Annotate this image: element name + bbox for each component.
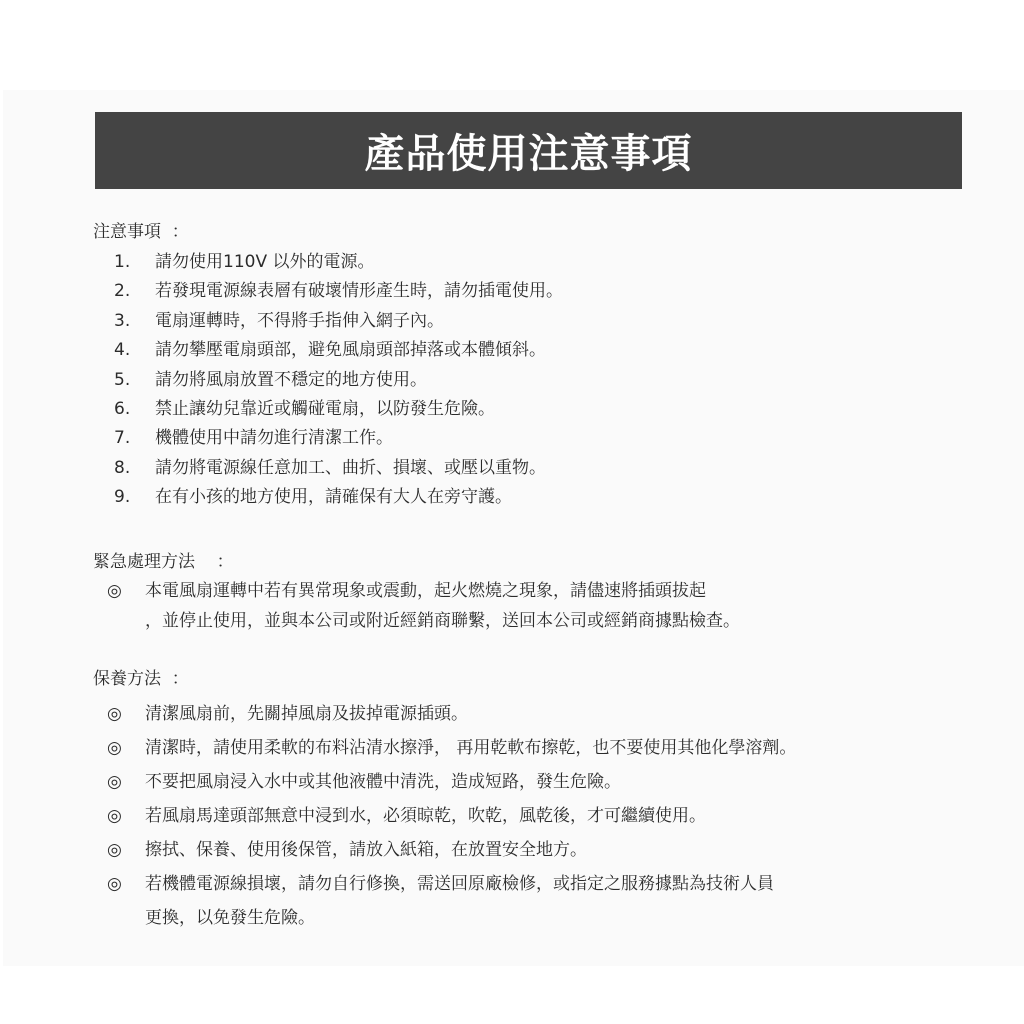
maintenance-section: 保養方法 ： ◎ 清潔風扇前，先關掉風扇及拔掉電源插頭。 ◎ 清潔時，請使用柔軟… — [93, 665, 965, 935]
list-item: 9. 在有小孩的地方使用，請確保有大人在旁守護。 — [93, 483, 563, 512]
item-text: 禁止讓幼兒靠近或觸碰電扇，以防發生危險。 — [155, 395, 495, 424]
list-item: 2. 若發現電源線表層有破壞情形產生時，請勿插電使用。 — [93, 277, 563, 306]
item-text: 擦拭、保養、使用後保管，請放入紙箱，在放置安全地方。 — [145, 833, 965, 867]
bullseye-icon: ◎ — [93, 765, 145, 799]
item-text: 清潔時，請使用柔軟的布料沾清水擦淨， 再用乾軟布擦乾，也不要使用其他化學溶劑。 — [145, 731, 965, 765]
list-item: ◎ 若機體電源線損壞，請勿自行修換，需送回原廠檢修，或指定之服務據點為技術人員 … — [93, 867, 965, 935]
item-text: 若風扇馬達頭部無意中浸到水，必須晾乾，吹乾，風乾後，才可繼續使用。 — [145, 799, 965, 833]
item-text: 本電風扇運轉中若有異常現象或震動，起火燃燒之現象，請儘速將插頭拔起 ，並停止使用… — [145, 576, 965, 636]
list-item: ◎ 清潔時，請使用柔軟的布料沾清水擦淨， 再用乾軟布擦乾，也不要使用其他化學溶劑… — [93, 731, 965, 765]
list-item: 8. 請勿將電源線任意加工、曲折、損壞、或壓以重物。 — [93, 454, 563, 483]
item-number: 9. — [93, 483, 155, 512]
item-text: 請勿將電源線任意加工、曲折、損壞、或壓以重物。 — [155, 454, 546, 483]
page-title: 產品使用注意事項 — [365, 122, 693, 179]
maintenance-heading: 保養方法 ： — [93, 665, 965, 693]
item-number: 1. — [93, 248, 155, 277]
list-item: 3. 電扇運轉時，不得將手指伸入網子內。 — [93, 307, 563, 336]
item-text: 若機體電源線損壞，請勿自行修換，需送回原廠檢修，或指定之服務據點為技術人員 更換… — [145, 867, 965, 935]
bullseye-icon: ◎ — [93, 697, 145, 731]
item-number: 5. — [93, 366, 155, 395]
bullseye-icon: ◎ — [93, 576, 145, 636]
item-text: 在有小孩的地方使用，請確保有大人在旁守護。 — [155, 483, 512, 512]
notes-section: 注意事項 ： 1. 請勿使用110V 以外的電源。 2. 若發現電源線表層有破壞… — [93, 218, 563, 513]
list-item: ◎ 本電風扇運轉中若有異常現象或震動，起火燃燒之現象，請儘速將插頭拔起 ，並停止… — [93, 576, 965, 636]
bullseye-icon: ◎ — [93, 731, 145, 765]
bullseye-icon: ◎ — [93, 833, 145, 867]
bullseye-icon: ◎ — [93, 867, 145, 935]
list-item: ◎ 擦拭、保養、使用後保管，請放入紙箱，在放置安全地方。 — [93, 833, 965, 867]
list-item: ◎ 若風扇馬達頭部無意中浸到水，必須晾乾，吹乾，風乾後，才可繼續使用。 — [93, 799, 965, 833]
item-number: 6. — [93, 395, 155, 424]
item-text: 電扇運轉時，不得將手指伸入網子內。 — [155, 307, 444, 336]
item-text: 清潔風扇前，先關掉風扇及拔掉電源插頭。 — [145, 697, 965, 731]
item-number: 3. — [93, 307, 155, 336]
list-item: ◎ 不要把風扇浸入水中或其他液體中清洗，造成短路，發生危險。 — [93, 765, 965, 799]
item-number: 4. — [93, 336, 155, 365]
maintenance-list: ◎ 清潔風扇前，先關掉風扇及拔掉電源插頭。 ◎ 清潔時，請使用柔軟的布料沾清水擦… — [93, 697, 965, 935]
item-number: 7. — [93, 424, 155, 453]
emergency-heading: 緊急處理方法 ： — [93, 548, 965, 576]
item-text: 不要把風扇浸入水中或其他液體中清洗，造成短路，發生危險。 — [145, 765, 965, 799]
notes-heading: 注意事項 ： — [93, 218, 563, 246]
item-number: 2. — [93, 277, 155, 306]
list-item: 1. 請勿使用110V 以外的電源。 — [93, 248, 563, 277]
item-text: 請勿將風扇放置不穩定的地方使用。 — [155, 366, 427, 395]
emergency-list: ◎ 本電風扇運轉中若有異常現象或震動，起火燃燒之現象，請儘速將插頭拔起 ，並停止… — [93, 576, 965, 636]
item-text: 機體使用中請勿進行清潔工作。 — [155, 424, 393, 453]
list-item: 5. 請勿將風扇放置不穩定的地方使用。 — [93, 366, 563, 395]
item-text: 若發現電源線表層有破壞情形產生時，請勿插電使用。 — [155, 277, 563, 306]
item-number: 8. — [93, 454, 155, 483]
list-item: 7. 機體使用中請勿進行清潔工作。 — [93, 424, 563, 453]
item-text: 請勿使用110V 以外的電源。 — [155, 248, 374, 277]
list-item: 4. 請勿攀壓電扇頭部，避免風扇頭部掉落或本體傾斜。 — [93, 336, 563, 365]
item-text: 請勿攀壓電扇頭部，避免風扇頭部掉落或本體傾斜。 — [155, 336, 546, 365]
notes-list: 1. 請勿使用110V 以外的電源。 2. 若發現電源線表層有破壞情形產生時，請… — [93, 248, 563, 513]
list-item: ◎ 清潔風扇前，先關掉風扇及拔掉電源插頭。 — [93, 697, 965, 731]
list-item: 6. 禁止讓幼兒靠近或觸碰電扇，以防發生危險。 — [93, 395, 563, 424]
bullseye-icon: ◎ — [93, 799, 145, 833]
emergency-section: 緊急處理方法 ： ◎ 本電風扇運轉中若有異常現象或震動，起火燃燒之現象，請儘速將… — [93, 548, 965, 636]
title-banner: 產品使用注意事項 — [95, 112, 962, 189]
